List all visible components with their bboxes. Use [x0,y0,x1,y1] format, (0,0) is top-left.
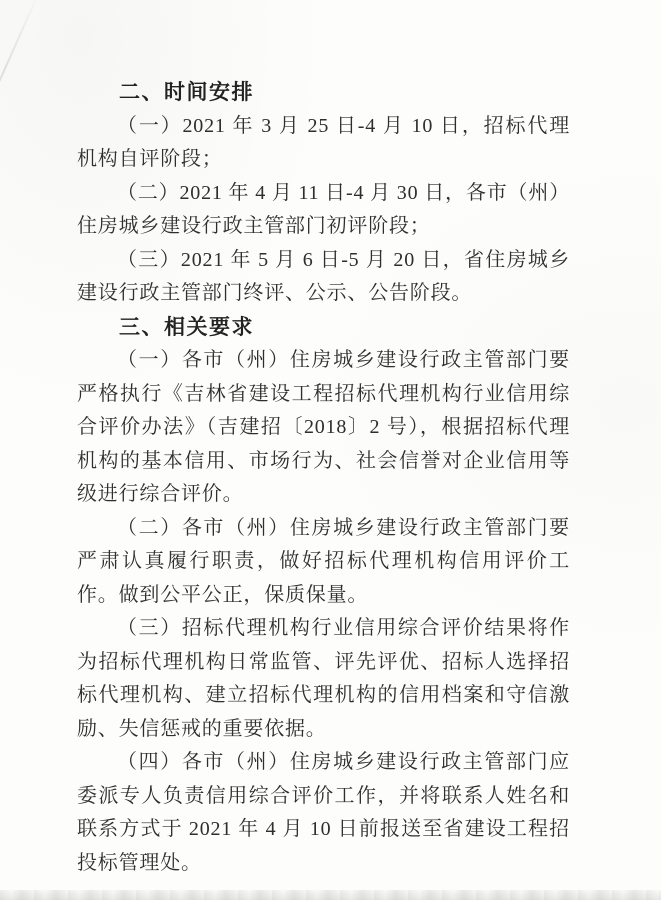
paragraph-requirement-1: （一）各市（州）住房城乡建设行政主管部门要严格执行《吉林省建设工程招标代理机构行… [77,344,570,512]
paragraph-time-1: （一）2021 年 3 月 25 日-4 月 10 日，招标代理机构自评阶段； [77,110,570,177]
document-content: 二、时间安排 （一）2021 年 3 月 25 日-4 月 10 日，招标代理机… [77,76,570,880]
document-page: 二、时间安排 （一）2021 年 3 月 25 日-4 月 10 日，招标代理机… [0,0,661,900]
paragraph-time-2: （二）2021 年 4 月 11 日-4 月 30 日，各市（州）住房城乡建设行… [77,177,570,244]
scan-bottom-edge-artifact [0,890,661,900]
scan-crease-artifact [0,0,40,212]
section-heading-time-arrangement: 二、时间安排 [77,76,570,110]
paragraph-requirement-3: （三）招标代理机构行业信用综合评价结果将作为招标代理机构日常监管、评先评优、招标… [77,612,570,746]
section-heading-related-requirements: 三、相关要求 [77,311,570,345]
paragraph-time-3: （三）2021 年 5 月 6 日-5 月 20 日，省住房城乡建设行政主管部门… [77,244,570,311]
paragraph-requirement-4: （四）各市（州）住房城乡建设行政主管部门应委派专人负责信用综合评价工作，并将联系… [77,746,570,880]
paragraph-requirement-2: （二）各市（州）住房城乡建设行政主管部门要严肃认真履行职责，做好招标代理机构信用… [77,512,570,613]
